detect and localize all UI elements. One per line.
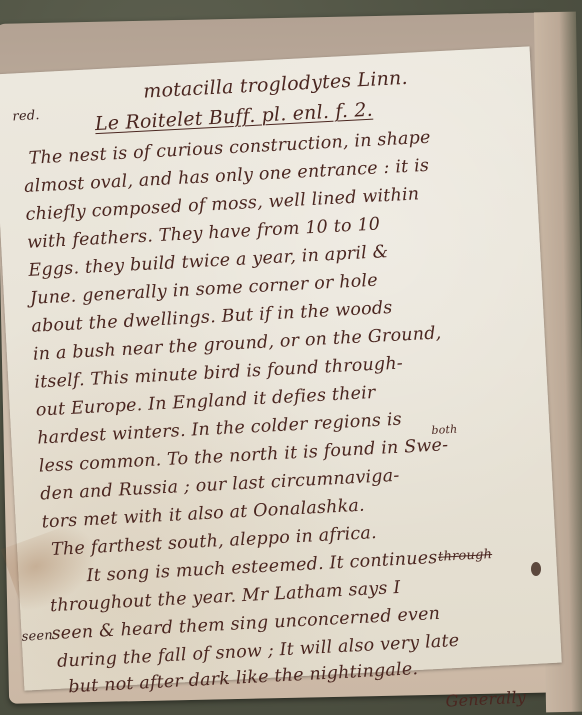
catchword: Generally [445, 687, 526, 710]
struck-word: through [438, 547, 493, 565]
manuscript-text: red. motacilla troglodytes Linn. Le Roit… [0, 46, 562, 690]
margin-note-left: seen [21, 628, 53, 645]
heading-title: motacilla troglodytes Linn. [143, 67, 408, 103]
heading-subtitle: Le Roitelet Buff. pl. enl. f. 2. [94, 99, 373, 136]
margin-note-top: red. [12, 108, 40, 124]
